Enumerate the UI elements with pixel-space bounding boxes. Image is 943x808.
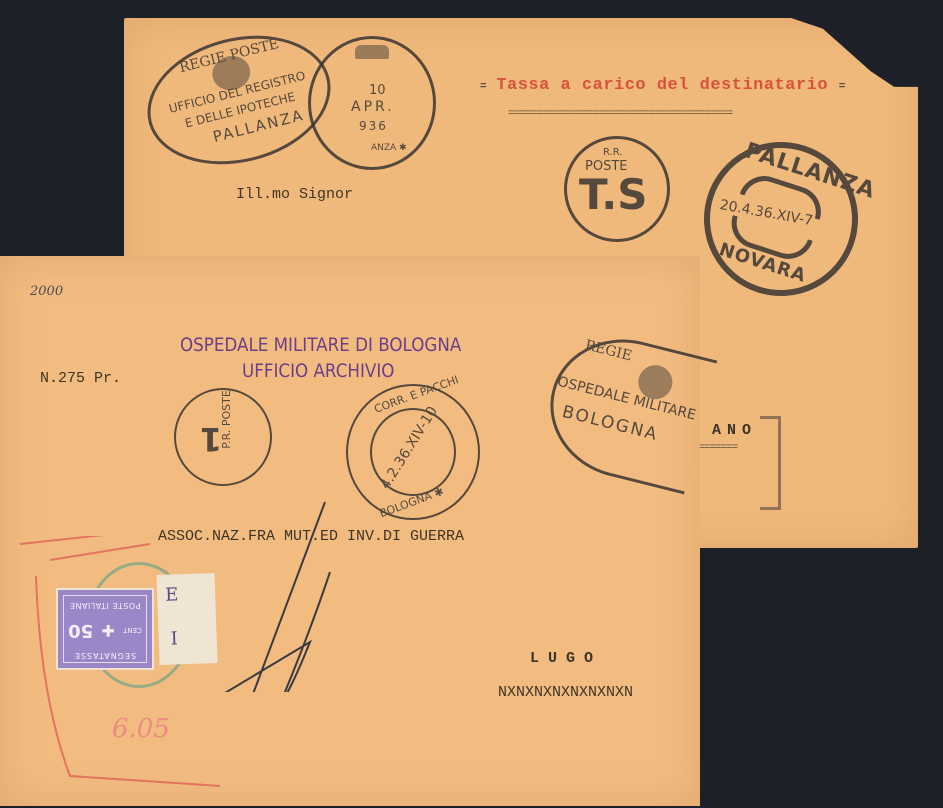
sender-line-1: OSPEDALE MILITARE DI BOLOGNA: [180, 334, 461, 356]
partial-address: ANO: [712, 422, 757, 439]
bologna-centro-cancel: 4.2.36.XIV-10 CORR. E PACCHI BOLOGNA ✱: [346, 384, 480, 520]
front-cover: 2000 N.275 Pr. OSPEDALE MILITARE DI BOLO…: [0, 256, 700, 806]
crown-icon: [355, 45, 389, 59]
city: L U G O: [530, 650, 593, 667]
ts-stamp: R.R. POSTE T.S: [564, 136, 670, 242]
reference-number: N.275 Pr.: [40, 370, 121, 387]
pallanza-cancel: PALLANZA 20.4.36.XIV-7 NOVARA: [684, 122, 878, 316]
ospedale-militare-oval-stamp: REGIE OSPEDALE MILITARE BOLOGNA: [536, 324, 718, 495]
heading-underline: ========================================: [508, 108, 732, 120]
tax-heading: = Tassa a carico del destinatario =: [480, 76, 844, 95]
red-crayon-note: 6.05: [112, 714, 170, 744]
savoy-cross-icon: ✚: [101, 621, 114, 640]
stamp-selvage: E I: [156, 573, 217, 665]
boxed-mark: [760, 416, 781, 510]
salutation: Ill.mo Signor: [236, 186, 353, 203]
filler-line: NXNXNXNXNXNXNXN: [498, 684, 633, 701]
pr-poste-stamp: P.R. POSTE 1: [174, 388, 272, 486]
sender-line-2: UFFICIO ARCHIVIO: [242, 360, 394, 382]
registro-round-stamp: 10 APR. 936 ANZA ✱: [308, 36, 436, 170]
segnatasse-postage-due-stamp: SEGNATASSE CENT ✚ 50 POSTE ITALIANE: [56, 588, 154, 670]
pencil-note: 2000: [30, 284, 63, 299]
